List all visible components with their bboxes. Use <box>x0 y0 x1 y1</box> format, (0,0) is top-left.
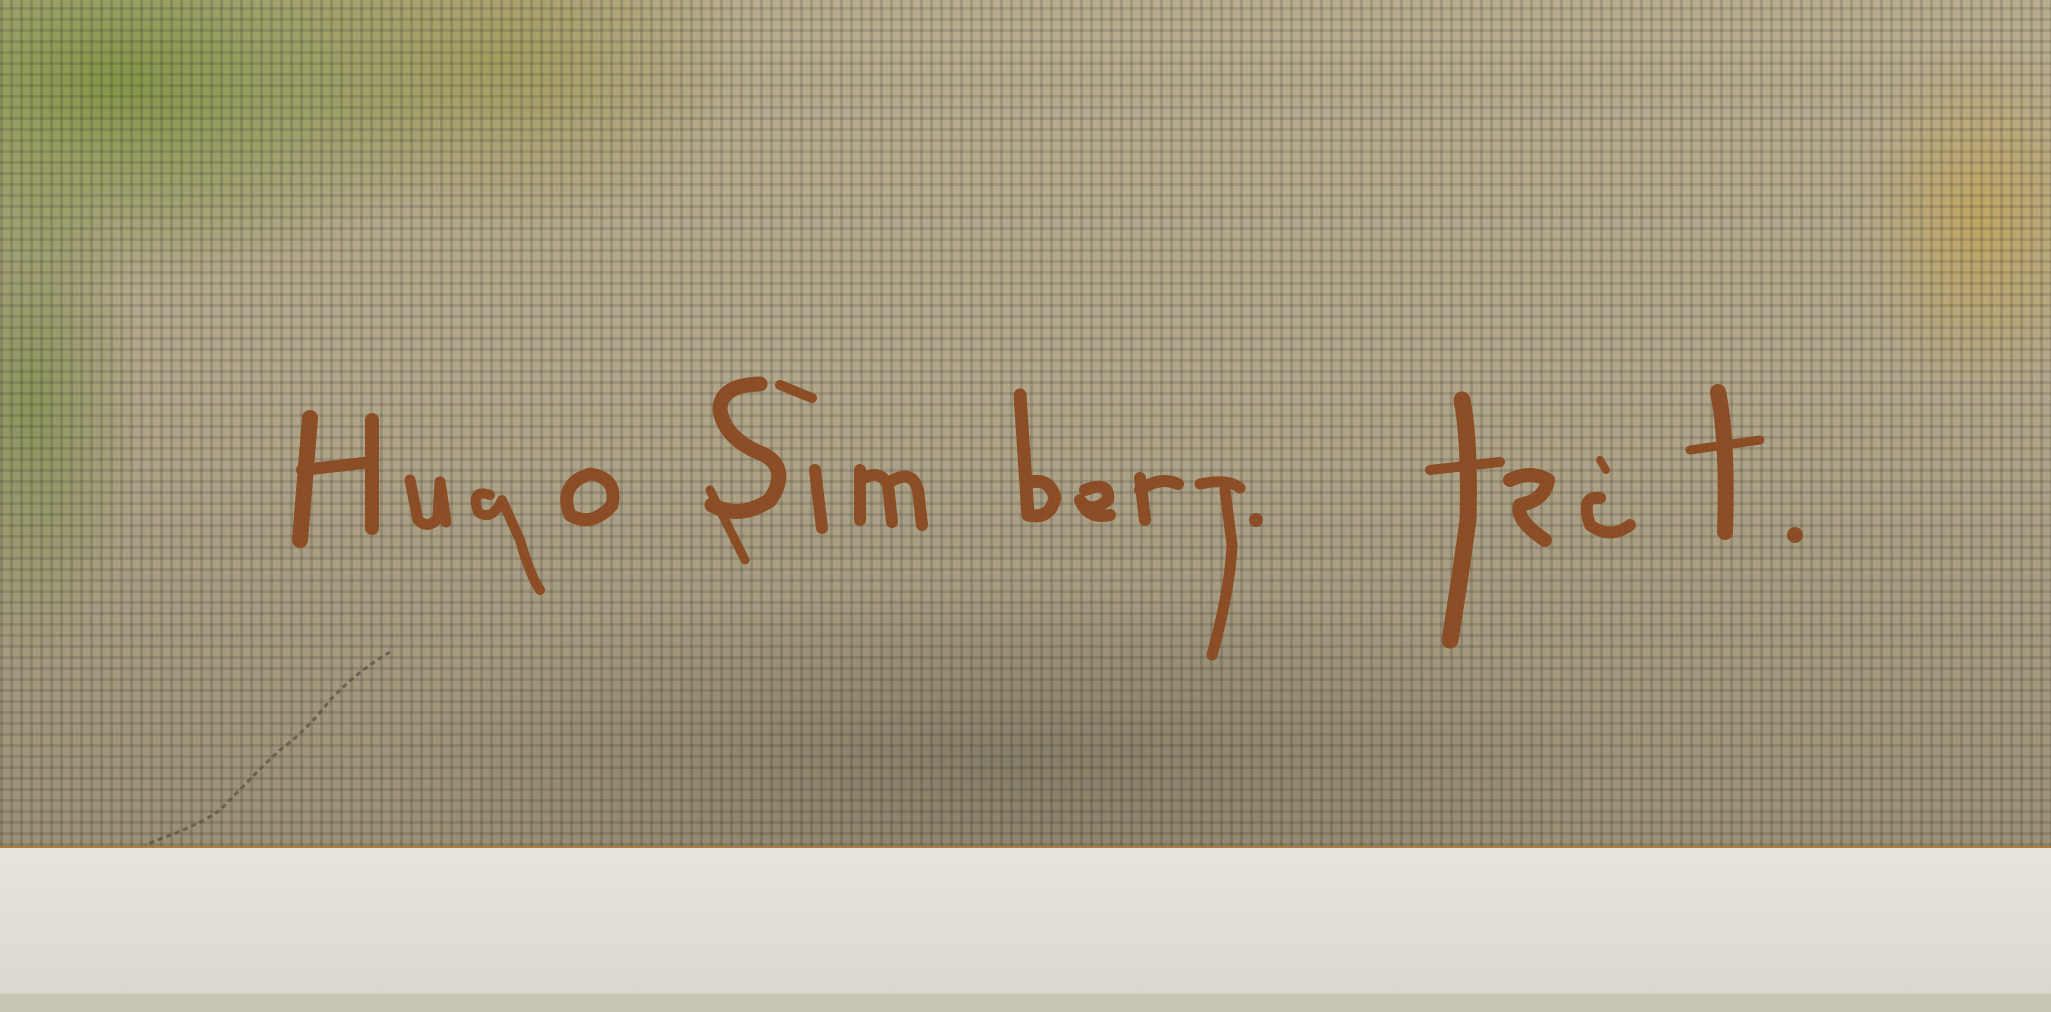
artist-signature <box>0 0 2051 846</box>
picture-frame-edge <box>0 846 2051 1012</box>
frame-lower-molding <box>0 994 2051 1012</box>
painting-canvas: Hugo Simberg. fecit. <box>0 0 2051 846</box>
